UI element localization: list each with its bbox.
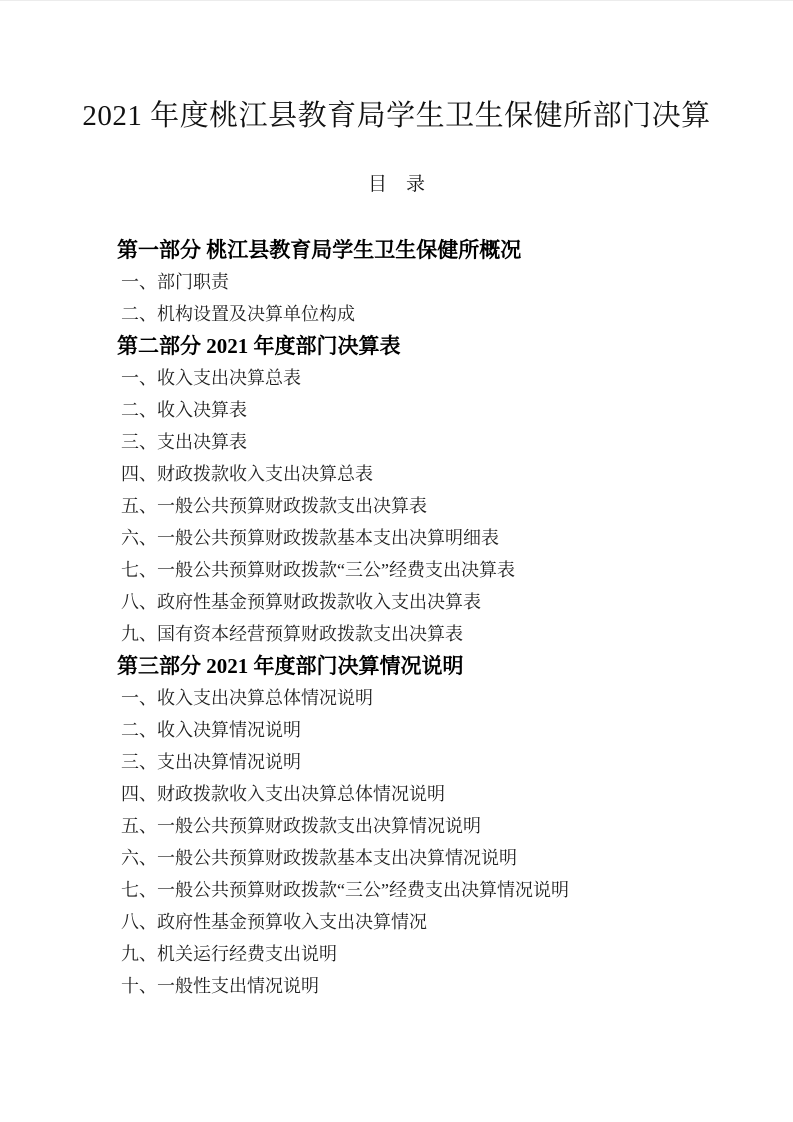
toc-item: 九、国有资本经营预算财政拨款支出决算表 — [0, 618, 793, 650]
toc-section-1-heading: 第一部分 桃江县教育局学生卫生保健所概况 — [0, 234, 793, 266]
toc-item: 九、机关运行经费支出说明 — [0, 938, 793, 970]
toc-item: 一、收入支出决算总体情况说明 — [0, 682, 793, 714]
toc-item: 一、部门职责 — [0, 266, 793, 298]
toc-item: 二、机构设置及决算单位构成 — [0, 298, 793, 330]
toc-section-3-heading: 第三部分 2021 年度部门决算情况说明 — [0, 650, 793, 682]
toc-item: 六、一般公共预算财政拨款基本支出决算情况说明 — [0, 842, 793, 874]
toc-item: 七、一般公共预算财政拨款“三公”经费支出决算情况说明 — [0, 874, 793, 906]
toc-item: 三、支出决算表 — [0, 426, 793, 458]
toc-section-2-heading: 第二部分 2021 年度部门决算表 — [0, 330, 793, 362]
toc-item: 五、一般公共预算财政拨款支出决算情况说明 — [0, 810, 793, 842]
toc-item: 十、一般性支出情况说明 — [0, 970, 793, 1002]
toc-heading: 目 录 — [0, 172, 793, 197]
toc-item: 七、一般公共预算财政拨款“三公”经费支出决算表 — [0, 554, 793, 586]
toc-item: 五、一般公共预算财政拨款支出决算表 — [0, 490, 793, 522]
document-page: { "document": { "title": "2021 年度桃江县教育局学… — [0, 0, 793, 1122]
toc-item: 四、财政拨款收入支出决算总表 — [0, 458, 793, 490]
toc-item: 四、财政拨款收入支出决算总体情况说明 — [0, 778, 793, 810]
toc-item: 八、政府性基金预算收入支出决算情况 — [0, 906, 793, 938]
document-title: 2021 年度桃江县教育局学生卫生保健所部门决算 — [0, 1, 793, 137]
toc-item: 八、政府性基金预算财政拨款收入支出决算表 — [0, 586, 793, 618]
toc-item: 一、收入支出决算总表 — [0, 362, 793, 394]
toc-item: 二、收入决算情况说明 — [0, 714, 793, 746]
toc-item: 二、收入决算表 — [0, 394, 793, 426]
toc-item: 六、一般公共预算财政拨款基本支出决算明细表 — [0, 522, 793, 554]
table-of-contents: 第一部分 桃江县教育局学生卫生保健所概况 一、部门职责 二、机构设置及决算单位构… — [0, 234, 793, 1002]
toc-item: 三、支出决算情况说明 — [0, 746, 793, 778]
